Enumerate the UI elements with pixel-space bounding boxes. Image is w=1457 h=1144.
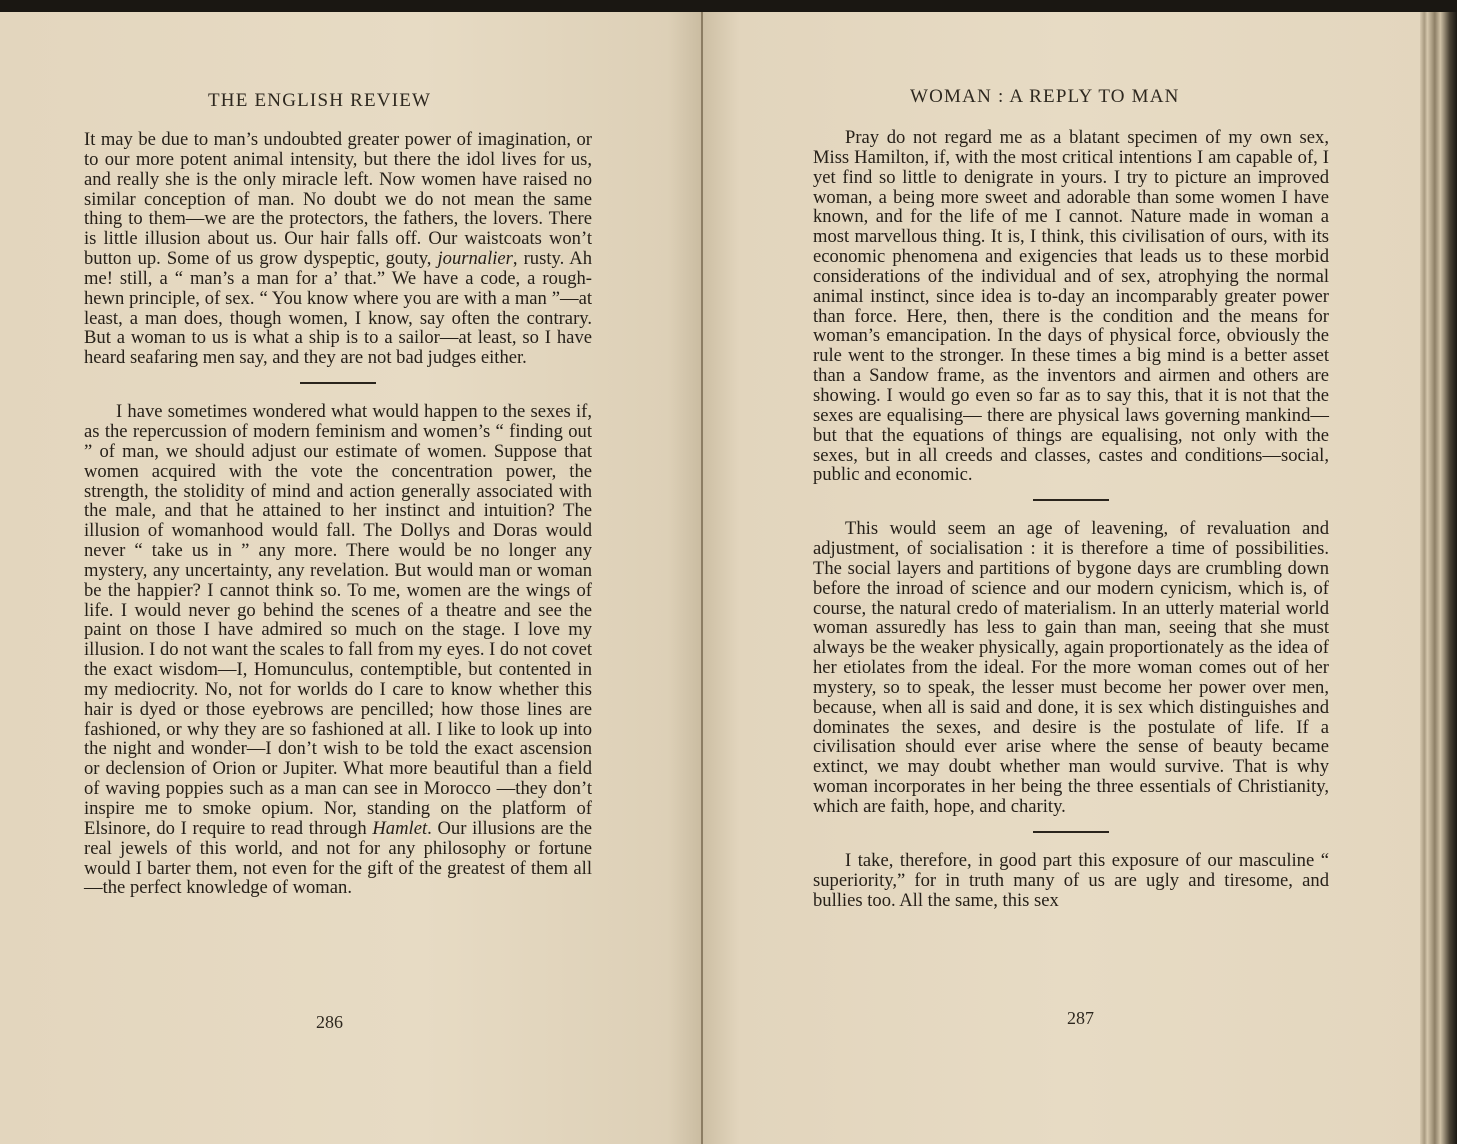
page-edges <box>1420 12 1457 1144</box>
section-divider <box>300 382 376 384</box>
running-head-left: THE ENGLISH REVIEW <box>208 90 431 112</box>
paragraph: This would seem an age of leavening, of … <box>813 519 1329 817</box>
paragraph: I take, therefore, in good part this exp… <box>813 851 1329 911</box>
open-book: THE ENGLISH REVIEW It may be due to man’… <box>0 12 1457 1144</box>
section-divider <box>1033 831 1109 833</box>
page-number-right: 287 <box>1067 1008 1094 1029</box>
right-page: WOMAN : A REPLY TO MAN Pray do not regar… <box>703 12 1435 1144</box>
section-divider <box>1033 499 1109 501</box>
paragraph: It may be due to man’s undoubted greater… <box>84 130 592 368</box>
right-page-body: Pray do not regard me as a blatant speci… <box>813 128 1329 910</box>
left-page: THE ENGLISH REVIEW It may be due to man’… <box>0 12 703 1144</box>
paragraph: Pray do not regard me as a blatant speci… <box>813 128 1329 485</box>
page-number-left: 286 <box>316 1012 343 1033</box>
running-head-right: WOMAN : A REPLY TO MAN <box>910 86 1180 108</box>
paragraph: I have sometimes wondered what would hap… <box>84 402 592 898</box>
left-page-body: It may be due to man’s undoubted greater… <box>84 130 592 898</box>
